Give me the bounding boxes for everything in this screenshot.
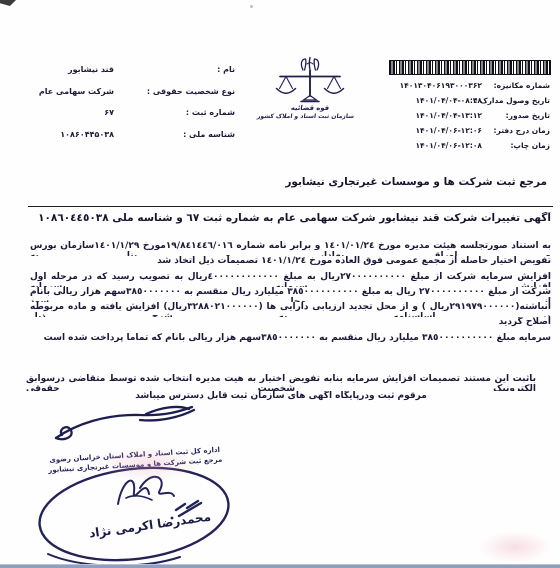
pink-ink-smudge [478,531,552,563]
meta-row-print-time: زمان چاپ: ۱۴۰۱/۰۴/۰۶-۱۲:۰۸ [380,140,552,155]
field-label: زمان چاپ: [510,141,550,150]
meta-row-issue-date: تاریخ صدور: ۱۴۰۱/۰۴/۰۴-۱۳:۱۲ [380,110,552,125]
field-value: ۱۴۰۱۳۰۴۰۶۱۹۳۰۰۰۳۶۲ [400,81,482,90]
field-value: ۶۷ [104,108,114,117]
body-line: تفویض اختیار حاصله از مجمع عمومی فوق الع… [30,256,551,271]
field-label: شماره ثبت : [186,108,235,117]
notice-title: آگهی تغییرات شرکت قند نیشابور شرکت سهامی… [9,212,551,229]
field-value: ۱۴۰۱/۰۴/۰۶-۱۲:۰۸ [415,141,482,150]
scales-of-justice-icon [266,56,354,106]
registration-authority-title: مرجع ثبت شرکت ها و موسسات غیرتجاری نیشاب… [285,176,547,188]
field-label: شماره مکانیزه: [494,81,550,90]
field-value: قند نیشابور [68,65,114,74]
field-value: ۱۴۰۱/۰۴/۰۴-۱۳:۱۲ [415,111,482,120]
meta-row-docs-received-date: تاریخ وصول مدارک : ۱۴۰۱/۰۴/۰۴-۰۸:۴۸ [380,95,552,110]
horizontal-divider [28,206,553,207]
field-value: ۱۴۰۱/۰۴/۰۴-۰۸:۴۸ [415,96,482,105]
meta-row-ledger-entry-time: زمان درج دفتر: ۱۴۰۱/۰۴/۰۶-۱۲:۰۶ [380,125,552,140]
field-label: نوع شخصیت حقوقی : [147,87,235,96]
body-line: افزایش سرمایه شرکت از مبلغ ٢٧٠٠٠٠٠٠٠٠٠٠ر… [30,272,551,287]
body-line: سرمایه مبلغ ٣٨٥٠٠٠٠٠٠٠٠٠٠ میلیارد ریال م… [30,333,551,348]
body-line: اصلاح گردید [30,317,551,332]
company-row-legal-type: نوع شخصیت حقوقی : شرکت سهامی عام [10,86,235,108]
notice-body: به استناد صورتجلسه هیئت مدیره مورخ ١٤٠١/… [30,241,551,348]
header-meta-block: شماره مکانیزه: ۱۴۰۱۳۰۴۰۶۱۹۳۰۰۰۳۶۲ تاریخ … [380,61,552,155]
body-line: شرکت از مبلغ ٢٧٠٠٠٠٠٠٠٠٠٠ ریال به مبلغ ٣… [30,287,551,302]
barcode [390,61,550,74]
field-value: شرکت سهامی عام [39,87,114,96]
field-label: زمان درج دفتر: [494,126,550,135]
field-value: ۱۰۸۶۰۴۴۵۰۳۸ [60,130,114,139]
company-row-name: نام : قند نیشابور [10,64,235,86]
registration-note-line: باثبت این مستند تصمیمات افزایش سرمایه بن… [26,374,536,391]
company-row-registration-number: شماره ثبت : ۶۷ [10,107,235,129]
field-label: تاریخ وصول مدارک : [474,96,550,105]
field-label: نام : [217,65,235,74]
field-label: شناسه ملی : [183,130,235,139]
body-line: به استناد صورتجلسه هیئت مدیره مورخ ١٤٠١/… [30,241,551,256]
emblem-org-line1: قوه قضائیه [265,104,354,112]
field-value: ۱۴۰۱/۰۴/۰۶-۱۲:۰۶ [415,126,482,135]
emblem-org-line2: سازمان ثبت اسناد و املاک کشور [266,113,355,120]
company-identity-block: نام : قند نیشابور نوع شخصیت حقوقی : شرکت… [10,64,235,150]
scanned-official-letter: شماره مکانیزه: ۱۴۰۱۳۰۴۰۶۱۹۳۰۰۰۳۶۲ تاریخ … [0,0,560,568]
scan-corner-artifact [0,0,16,6]
scan-dot-artifact [250,5,253,8]
company-row-national-id: شناسه ملی : ۱۰۸۶۰۴۴۵۰۳۸ [10,129,235,151]
field-label: تاریخ صدور: [506,111,550,120]
registration-note: باثبت این مستند تصمیمات افزایش سرمایه بن… [26,374,536,407]
meta-row-mechanized-number: شماره مکانیزه: ۱۴۰۱۳۰۴۰۶۱۹۳۰۰۰۳۶۲ [380,80,552,95]
signature-flourish [48,404,200,454]
body-line: انباشته(٢٩١٩٧٩٠٠٠٠٠٠ریال ) و از محل تجدی… [30,302,551,317]
judiciary-emblem: قوه قضائیه سازمان ثبت اسناد و املاک کشور [266,56,354,120]
